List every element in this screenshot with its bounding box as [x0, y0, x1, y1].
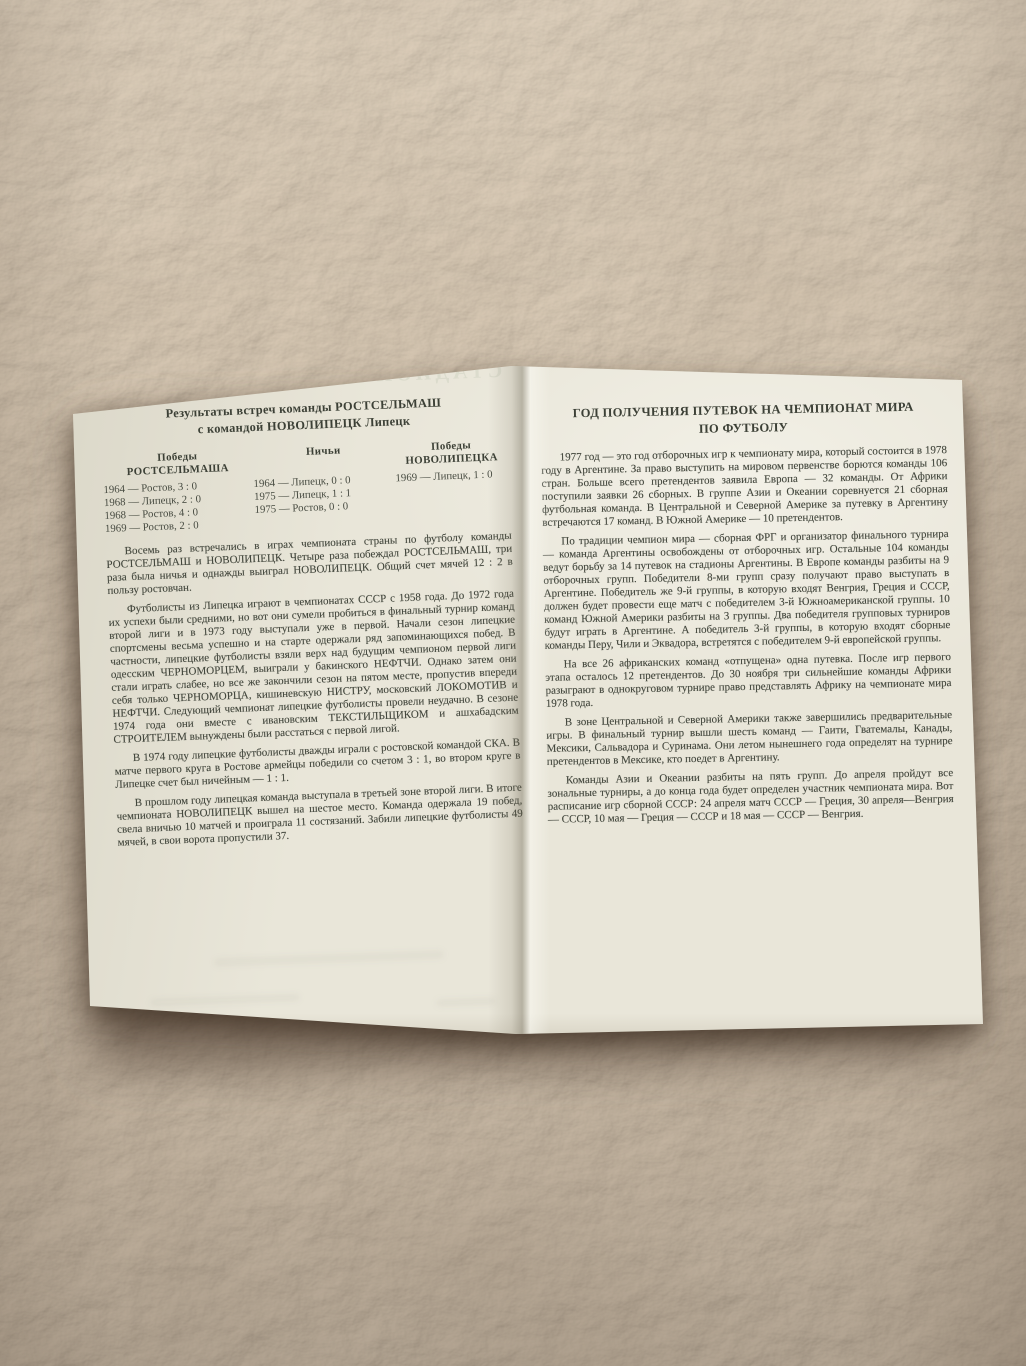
header-line: Ничьи [252, 442, 395, 461]
results-column-rostselmash-wins: Победы РОСТСЕЛЬМАША 1964 — Ростов, 3 : 0… [102, 448, 255, 536]
paragraph: В зоне Центральной и Северной Америки та… [546, 709, 953, 769]
right-page: ГОД ПОЛУЧЕНИЯ ПУТЕВОК НА ЧЕМПИОНАТ МИРА … [540, 398, 954, 833]
paragraph: Команды Азии и Океании разбиты на пять г… [547, 767, 954, 827]
show-through-smudge [214, 950, 444, 967]
booklet-pages: СТАДИОН РОСТСЕЛЬМАШ Результаты встреч ко… [64, 356, 988, 1048]
left-page-text: Восемь раз встречались в играх чемпионат… [106, 529, 524, 849]
right-page-text: 1977 год — это год отборочных игр к чемп… [541, 444, 954, 827]
paragraph: Восемь раз встречались в играх чемпионат… [106, 529, 514, 597]
paragraph: Футболисты из Липецка играют в чемпионат… [108, 587, 519, 746]
open-booklet: СТАДИОН РОСТСЕЛЬМАШ Результаты встреч ко… [64, 356, 988, 1048]
right-page-heading: ГОД ПОЛУЧЕНИЯ ПУТЕВОК НА ЧЕМПИОНАТ МИРА … [540, 398, 947, 440]
paragraph: 1977 год — это год отборочных игр к чемп… [541, 444, 948, 530]
show-through-text: СТАДИОН РОСТСЕЛЬМАШ [128, 359, 529, 396]
paragraph: В прошлом году липецкая команда выступал… [116, 781, 524, 849]
show-through-smudge [150, 993, 300, 1006]
paragraph: На все 26 африканских команд «отпущена» … [545, 651, 952, 711]
results-column-header: Победы НОВОЛИПЕЦКА [394, 438, 509, 473]
paragraph: По традиции чемпион мира — сборная ФРГ и… [543, 528, 951, 653]
results-column-draws: Ничьи 1964 — Липецк, 0 : 0 1975 — Липецк… [252, 442, 397, 530]
show-through-smudge [436, 997, 496, 1007]
left-page-heading: Результаты встреч команды РОСТСЕЛЬМАШ с … [100, 392, 507, 442]
photo-scene: СТАДИОН РОСТСЕЛЬМАШ Результаты встреч ко… [0, 0, 1026, 1366]
results-column-novolipetsk-wins: Победы НОВОЛИПЕЦКА 1969 — Липецк, 1 : 0 [394, 438, 511, 524]
results-table: Победы РОСТСЕЛЬМАША 1964 — Ростов, 3 : 0… [102, 438, 511, 536]
left-page: Результаты встреч команды РОСТСЕЛЬМАШ с … [100, 392, 524, 856]
